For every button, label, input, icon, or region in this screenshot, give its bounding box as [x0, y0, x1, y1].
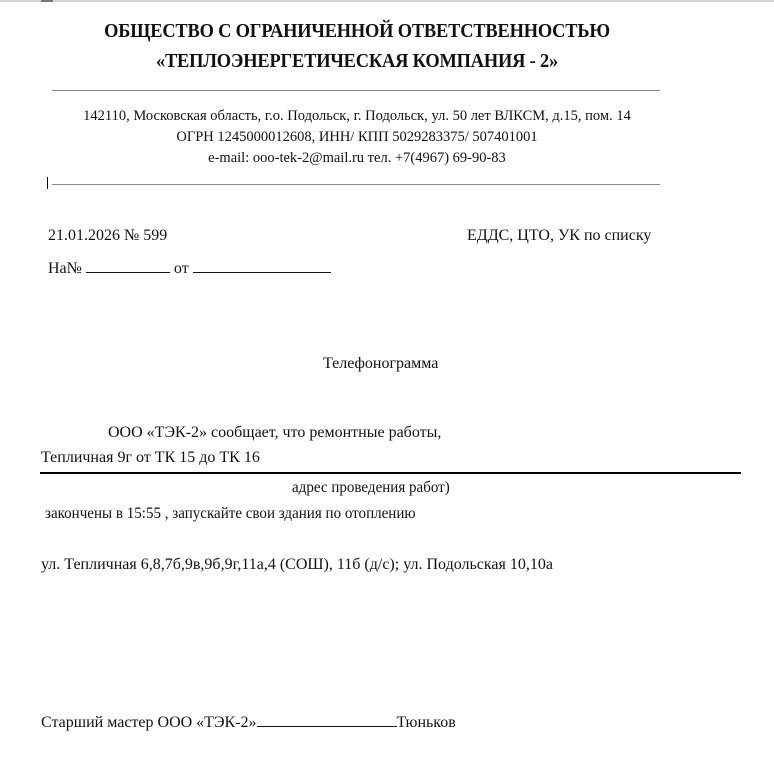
location-underline	[40, 472, 741, 474]
header-divider-bottom	[52, 184, 660, 185]
page-top-border	[0, 0, 774, 2]
ref-date-blank	[193, 258, 331, 273]
reference-line: На№ от	[48, 258, 331, 278]
intro-paragraph: ООО «ТЭК-2» сообщает, что ремонтные рабо…	[108, 424, 441, 442]
recipient: ЕДДС, ЦТО, УК по списку	[467, 227, 651, 245]
signer-name: Тюньков	[397, 714, 456, 731]
work-location: Тепличная 9г от ТК 15 до ТК 16	[41, 449, 260, 467]
ref-number-blank	[86, 258, 170, 273]
affected-addresses: ул. Тепличная 6,8,7б,9в,9б,9г,11а,4 (СОШ…	[41, 556, 553, 574]
org-registration: ОГРН 1245000012608, ИНН/ КПП 5029283375/…	[0, 129, 714, 146]
org-address: 142110, Московская область, г.о. Подольс…	[0, 108, 714, 125]
org-name-line2: «ТЕПЛОЭНЕРГЕТИЧЕСКАЯ КОМПАНИЯ - 2»	[29, 50, 686, 73]
signature-blank	[257, 712, 397, 727]
org-name-line1: ОБЩЕСТВО С ОГРАНИЧЕННОЙ ОТВЕТСТВЕННОСТЬЮ	[29, 20, 686, 43]
date-number: 21.01.2026 № 599	[48, 227, 167, 245]
signature-line: Старший мастер ООО «ТЭК-2»Тюньков	[41, 712, 456, 732]
ref-from-label: от	[174, 260, 189, 277]
header-divider-top	[52, 90, 660, 91]
text-cursor	[47, 177, 48, 189]
location-caption: адрес проведения работ)	[292, 479, 450, 497]
completion-text: закончены в 15:55 , запускайте свои здан…	[45, 505, 416, 523]
ref-label: На№	[48, 260, 82, 277]
org-contacts: e-mail: ooo-tek-2@mail.ru тел. +7(4967) …	[0, 150, 714, 167]
ruler-marker	[41, 0, 53, 2]
signer-position: Старший мастер ООО «ТЭК-2»	[41, 714, 257, 731]
document-title: Телефонограмма	[323, 355, 438, 373]
